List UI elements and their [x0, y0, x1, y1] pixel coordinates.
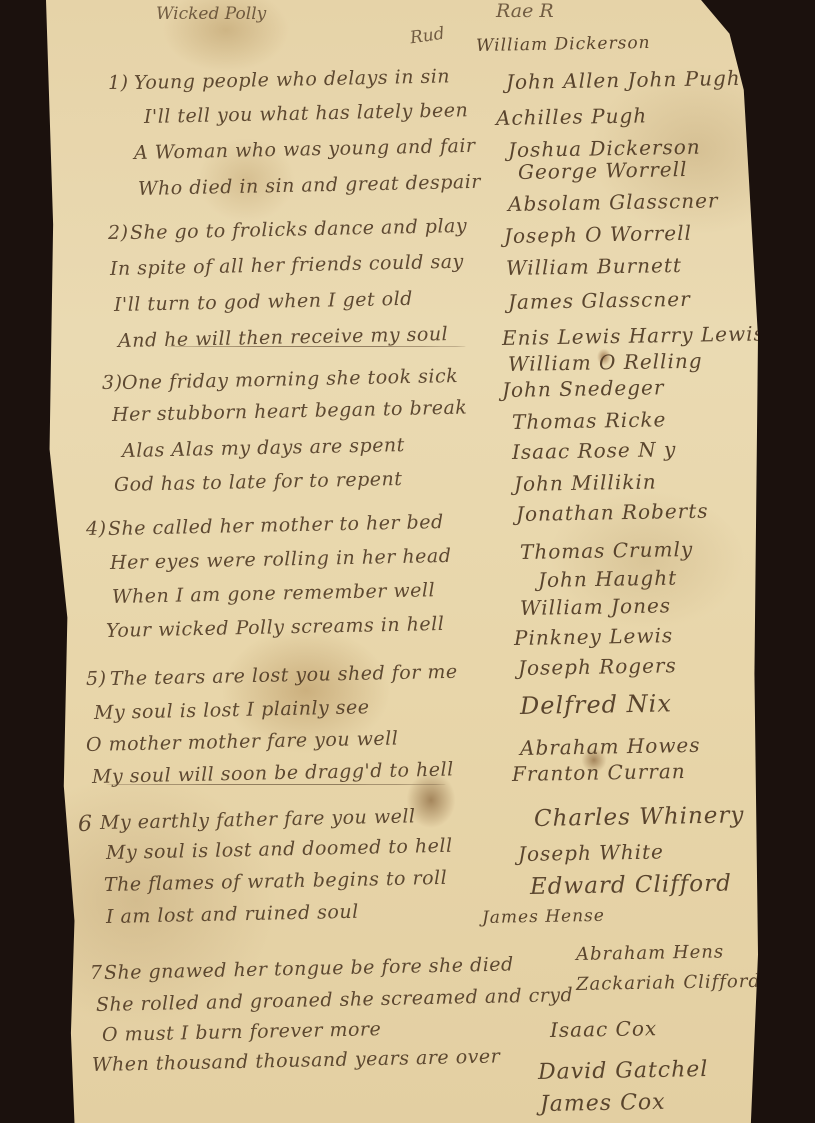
stanza-number: 4)	[86, 518, 107, 540]
poem-line: My soul is lost and doomed to hell	[106, 835, 453, 864]
name-entry: John Allen John Pugh	[506, 66, 741, 94]
stanza-number: 6	[78, 812, 93, 837]
poem-line: She go to frolicks dance and play	[130, 215, 468, 244]
name-entry: Charles Whinery	[534, 802, 745, 832]
header-title: Wicked Polly	[156, 4, 266, 24]
poem-line: I am lost and ruined soul	[106, 901, 359, 928]
name-entry: William Burnett	[506, 253, 682, 280]
name-entry: Abraham Howes	[520, 733, 701, 760]
name-entry: John Haught	[538, 566, 678, 592]
stanza-number: 1)	[108, 72, 129, 94]
manuscript-paper: Wicked Polly Rud Rae R 1) Young people w…	[46, 0, 758, 1123]
poem-line: When I am gone remember well	[112, 579, 436, 608]
poem-line: Young people who delays in sin	[134, 65, 451, 94]
stanza-number: 2)	[108, 222, 129, 244]
name-entry: Joseph White	[518, 839, 664, 866]
name-entry: Abraham Hens	[576, 941, 725, 965]
name-entry: Absolam Glasscner	[508, 188, 719, 216]
poem-line: I'll turn to god when I get old	[114, 288, 413, 316]
stanza-number: 7	[90, 962, 103, 984]
name-entry: Edward Clifford	[530, 870, 732, 900]
poem-line: And he will then receive my soul	[118, 323, 449, 352]
header-note-right: Rae R	[496, 0, 554, 22]
poem-line: When thousand thousand years are over	[92, 1045, 501, 1076]
name-entry: Pinkney Lewis	[514, 623, 674, 650]
name-entry: Thomas Crumly	[520, 537, 694, 564]
name-entry: Achilles Pugh	[496, 103, 648, 130]
header-note-middle: Rud	[409, 24, 446, 49]
name-entry: Zackariah Clifford	[576, 971, 761, 995]
name-entry: Isaac Rose N y	[512, 437, 677, 464]
name-entry: Joseph O Worrell	[504, 221, 692, 248]
name-entry: Thomas Ricke	[512, 407, 667, 434]
name-entry: William O Relling	[508, 349, 703, 376]
poem-line: She rolled and groaned she screamed and …	[96, 984, 574, 1016]
stanza-number: 5)	[86, 668, 107, 690]
name-entry: Jonathan Roberts	[516, 499, 709, 526]
divider-flourish	[166, 346, 466, 347]
poem-line: The flames of wrath begins to roll	[104, 867, 448, 896]
poem-line: In spite of all her friends could say	[110, 251, 464, 280]
poem-line: She called her mother to her bed	[108, 511, 444, 540]
poem-line: Alas Alas my days are spent	[122, 434, 405, 462]
poem-line: Your wicked Polly screams in hell	[106, 613, 445, 642]
poem-line: I'll tell you what has lately been	[144, 99, 469, 128]
name-entry: William Dickerson	[476, 33, 651, 56]
name-entry: Enis Lewis Harry Lewis	[502, 321, 765, 350]
poem-line: A Woman who was young and fair	[134, 135, 476, 164]
poem-line: The tears are lost you shed for me	[110, 661, 458, 690]
poem-line: Her eyes were rolling in her head	[110, 545, 452, 574]
poem-line: My earthly father fare you well	[100, 805, 416, 834]
name-entry: David Gatchel	[538, 1057, 709, 1085]
name-entry: Delfred Nix	[520, 689, 672, 720]
name-entry: James Hense	[482, 906, 605, 928]
poem-line: O mother mother fare you well	[86, 727, 399, 756]
name-entry: Joseph Rogers	[518, 653, 677, 680]
name-entry: George Worrell	[518, 157, 688, 184]
stanza-number: 3)	[102, 372, 123, 394]
name-entry: James Cox	[540, 1090, 666, 1117]
name-entry: James Glasscner	[508, 287, 691, 314]
poem-line: Her stubborn heart began to break	[112, 397, 468, 426]
poem-line: O must I burn forever more	[102, 1018, 382, 1046]
name-entry: William Jones	[520, 593, 671, 620]
name-entry: John Snedeger	[502, 375, 665, 402]
name-entry: John Millikin	[514, 470, 657, 496]
divider-flourish	[106, 784, 446, 785]
poem-line: My soul is lost I plainly see	[94, 696, 370, 724]
poem-line: She gnawed her tongue be fore she died	[104, 953, 514, 984]
scanned-page: Wicked Polly Rud Rae R 1) Young people w…	[0, 0, 815, 1123]
poem-line: One friday morning she took sick	[122, 365, 459, 394]
name-entry: Franton Curran	[512, 759, 686, 786]
name-entry: Isaac Cox	[550, 1016, 658, 1042]
poem-line: God has to late for to repent	[114, 468, 403, 496]
poem-line: Who died in sin and great despair	[138, 171, 481, 200]
